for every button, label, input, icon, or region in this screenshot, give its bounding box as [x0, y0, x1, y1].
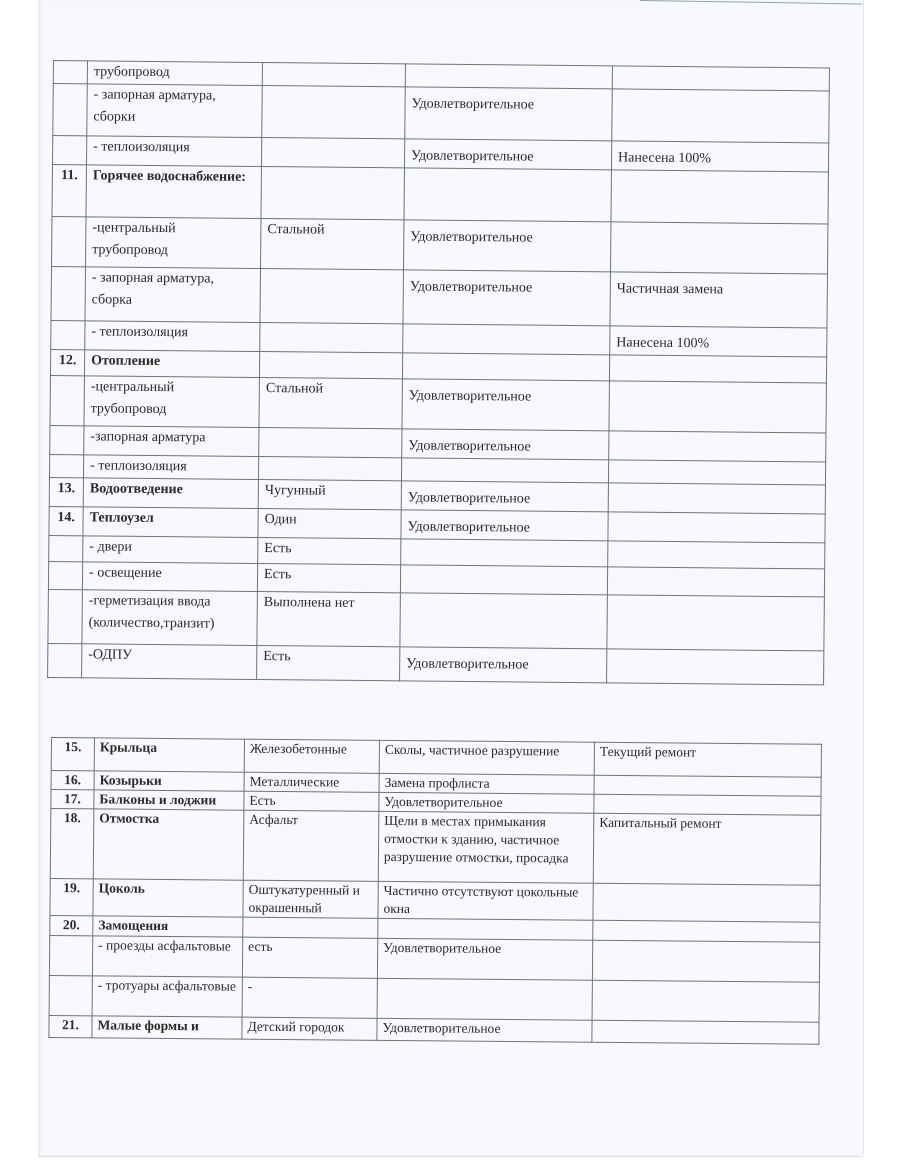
element-name: -ОДПУ [82, 644, 257, 680]
element-name: Водоотведение [83, 478, 258, 509]
element-name: -центральный трубопровод [86, 217, 261, 269]
material-cell: Есть [257, 563, 400, 592]
material-cell: Железобетонные [244, 739, 379, 773]
note-cell [609, 431, 826, 462]
element-name: - запорная арматура, сборки [87, 84, 262, 138]
row-number [50, 375, 84, 425]
row-number: 14. [49, 506, 83, 535]
row-number [48, 589, 83, 643]
row-number: 13. [49, 477, 83, 506]
note-cell [609, 355, 826, 383]
condition-cell [400, 565, 607, 595]
row-number [50, 425, 84, 454]
note-cell [610, 222, 827, 274]
row-number: 17. [51, 790, 94, 809]
material-cell: Металлические [244, 772, 379, 792]
material-cell: - [242, 977, 377, 1018]
material-cell [260, 322, 403, 352]
material-cell: Чугунный [258, 479, 401, 509]
element-name: -герметизация ввода (количество,транзит) [82, 590, 258, 646]
element-name: Горячее водоснабжение: [86, 165, 261, 219]
material-cell: Есть [257, 645, 400, 680]
row-number [52, 216, 86, 266]
condition-cell [377, 978, 592, 1020]
row-number [49, 935, 92, 975]
row-number: 21. [49, 1015, 92, 1037]
note-cell [593, 920, 820, 942]
note-cell [607, 595, 825, 651]
material-cell: Есть [258, 537, 401, 564]
note-cell [594, 775, 821, 796]
material-cell: Выполнена нет [257, 591, 401, 646]
condition-cell [401, 458, 608, 483]
condition-cell: Частично отсутствуют цокольные окна [378, 881, 593, 920]
table-row: -ОДПУЕстьУдовлетворительное [48, 643, 824, 684]
row-number [49, 535, 83, 561]
row-number [52, 136, 86, 165]
row-number [49, 975, 92, 1015]
note-cell: Текущий ремонт [594, 742, 821, 777]
element-name: Отопление [84, 350, 259, 378]
row-number [48, 643, 82, 677]
condition-cell [405, 64, 612, 89]
condition-cell: Удовлетворительное [402, 379, 609, 431]
row-number [51, 320, 85, 349]
element-name: Козырьки [94, 771, 244, 791]
row-number: 12. [50, 349, 84, 375]
element-name: Замощения [93, 916, 243, 937]
material-cell [259, 427, 402, 457]
material-cell: Стальной [261, 219, 404, 270]
table-row: - тротуары асфальтовые- [49, 975, 819, 1022]
note-cell: Частичная замена [610, 272, 828, 328]
material-cell [243, 917, 378, 938]
material-cell: Есть [244, 791, 379, 811]
element-name: Крыльца [94, 738, 244, 772]
element-name: Отмостка [93, 809, 244, 880]
element-name: - освещение [82, 562, 257, 592]
note-cell [594, 794, 821, 815]
element-name: - двери [83, 536, 258, 564]
element-name: - теплоизоляция [86, 136, 261, 167]
condition-cell [404, 168, 611, 222]
inspection-table-exterior-elements: 15.КрыльцаЖелезобетонныеСколы, частичное… [48, 737, 822, 1045]
note-cell [612, 89, 829, 143]
material-cell [258, 456, 401, 480]
note-cell [608, 483, 825, 514]
table-row: 11.Горячее водоснабжение: [52, 164, 828, 223]
note-cell [607, 649, 824, 685]
material-cell: Один [258, 508, 401, 538]
table-row: -центральный трубопроводСтальнойУдовлетв… [52, 216, 828, 273]
material-cell: Стальной [259, 377, 402, 428]
material-cell: Детский городок [242, 1017, 377, 1040]
note-cell [611, 170, 828, 224]
condition-cell: Удовлетворительное [403, 270, 611, 326]
note-cell [608, 512, 825, 543]
row-number: 20. [50, 915, 93, 935]
condition-cell: Удовлетворительное [377, 1018, 592, 1042]
note-cell [608, 541, 825, 569]
element-name: Теплоузел [83, 507, 258, 538]
row-number: 15. [51, 738, 94, 771]
row-number [53, 61, 87, 84]
row-number [49, 454, 83, 477]
material-cell [261, 138, 404, 168]
element-name: - теплоизоляция [83, 455, 258, 480]
condition-cell [400, 593, 608, 649]
condition-cell [403, 324, 610, 355]
material-cell [261, 167, 404, 220]
condition-cell: Удовлетворительное [379, 792, 594, 813]
condition-cell: Удовлетворительное [404, 139, 611, 170]
note-cell [607, 567, 824, 597]
row-number [51, 266, 86, 320]
note-cell: Капитальный ремонт [593, 813, 821, 885]
element-name: Цоколь [93, 879, 243, 917]
note-cell [608, 460, 825, 485]
condition-cell: Удовлетворительное [400, 647, 607, 683]
table-row: - запорная арматура, сборкиУдовлетворите… [53, 84, 829, 143]
note-cell [592, 1020, 819, 1044]
element-name: Балконы и лоджии [94, 790, 244, 810]
row-number: 19. [50, 878, 93, 915]
material-cell: Асфальт [243, 810, 379, 881]
row-number [48, 561, 82, 589]
material-cell: есть [242, 937, 377, 978]
element-name: - проезды асфальтовые [92, 936, 242, 977]
note-cell: Нанесена 100% [610, 326, 827, 357]
table-row: - запорная арматура, сборкаУдовлетворите… [51, 266, 827, 327]
note-cell [593, 883, 820, 922]
table-row: - проезды асфальтовыеестьУдовлетворитель… [49, 935, 819, 982]
row-number [53, 84, 87, 136]
material-cell [262, 86, 405, 139]
condition-cell: Сколы, частичное разрушение [379, 740, 594, 775]
table-row: -герметизация ввода (количество,транзит)… [48, 589, 824, 650]
note-cell [592, 980, 819, 1022]
condition-cell: Удовлетворительное [377, 938, 592, 980]
condition-cell: Удовлетворительное [402, 429, 609, 460]
note-cell [609, 381, 826, 433]
condition-cell: Щели в местах примыкания отмостки к здан… [378, 811, 594, 883]
element-name: - теплоизоляция [85, 321, 260, 352]
material-cell [262, 63, 405, 87]
element-name: - запорная арматура, сборка [85, 267, 261, 323]
material-cell: Оштукатуренный и окрашенный [243, 880, 378, 918]
element-name: -запорная арматура [84, 426, 259, 457]
element-name: Малые формы и [92, 1016, 242, 1039]
inspection-table-engineering-systems: трубопровод- запорная арматура, сборкиУд… [47, 60, 830, 685]
note-cell [612, 66, 829, 91]
page-bottom-edge [38, 1156, 863, 1166]
condition-cell: Удовлетворительное [405, 87, 612, 141]
condition-cell [402, 353, 609, 381]
note-cell: Нанесена 100% [611, 141, 828, 172]
element-name: трубопровод [87, 61, 262, 86]
row-number: 18. [50, 809, 94, 879]
material-cell [260, 269, 404, 324]
condition-cell: Удовлетворительное [401, 481, 608, 512]
element-name: -центральный трубопровод [84, 376, 259, 428]
condition-cell [378, 918, 593, 940]
note-cell [592, 940, 819, 982]
element-name: - тротуары асфальтовые [92, 976, 242, 1017]
row-number: 16. [51, 771, 94, 790]
condition-cell [401, 539, 608, 567]
material-cell [259, 351, 402, 378]
table-row: 18.ОтмосткаАсфальтЩели в местах примыкан… [50, 809, 821, 886]
condition-cell: Удовлетворительное [401, 510, 608, 541]
row-number: 11. [52, 164, 86, 216]
condition-cell: Замена профлиста [379, 773, 594, 794]
table-row: -центральный трубопроводСтальнойУдовлетв… [50, 375, 826, 432]
condition-cell: Удовлетворительное [404, 220, 611, 272]
